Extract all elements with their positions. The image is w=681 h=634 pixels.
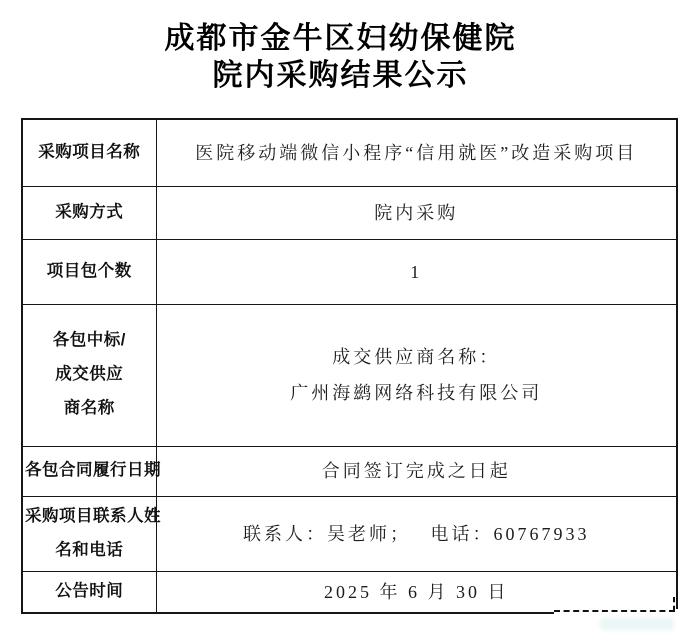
procurement-table-container: 采购项目名称 医院移动端微信小程序“信用就医”改造采购项目 采购方式 院内采购 … <box>21 118 676 612</box>
row-value-cell: 1 <box>156 239 677 304</box>
faint-watermark-artifact <box>600 618 674 630</box>
row-label-cell: 采购项目名称 <box>22 119 156 186</box>
table-row-winning-supplier: 各包中标/成交供应 商名称 成交供应商名称： 广州海鹚网络科技有限公司 <box>22 304 677 446</box>
table-row-contact-info: 采购项目联系人姓 名和电话 联系人：吴老师； 电话：60767933 <box>22 496 677 571</box>
row-value-cell: 联系人：吴老师； 电话：60767933 <box>156 496 677 571</box>
table-row-contract-date: 各包合同履行日期 合同签订完成之日起 <box>22 446 677 496</box>
row-label-cell: 公告时间 <box>22 571 156 613</box>
row-label-cell: 各包合同履行日期 <box>22 446 156 496</box>
row-value-cell: 合同签订完成之日起 <box>156 446 677 496</box>
row-label-cell: 采购项目联系人姓 名和电话 <box>22 496 156 571</box>
row-value-cell: 2025 年 6 月 30 日 <box>156 571 677 613</box>
procurement-announcement-page: { "document": { "title_line1": "成都市金牛区妇幼… <box>0 0 681 634</box>
row-value-cell: 成交供应商名称： 广州海鹚网络科技有限公司 <box>156 304 677 446</box>
page-title-line2: 院内采购结果公示 <box>0 57 681 94</box>
page-title: 成都市金牛区妇幼保健院 院内采购结果公示 <box>0 20 681 94</box>
procurement-table: 采购项目名称 医院移动端微信小程序“信用就医”改造采购项目 采购方式 院内采购 … <box>21 118 678 614</box>
table-row-project-name: 采购项目名称 医院移动端微信小程序“信用就医”改造采购项目 <box>22 119 677 186</box>
dashed-border-corner-tick <box>673 597 675 611</box>
table-row-procurement-method: 采购方式 院内采购 <box>22 186 677 239</box>
table-row-package-count: 项目包个数 1 <box>22 239 677 304</box>
dashed-border-segment <box>554 610 675 612</box>
row-value-cell: 医院移动端微信小程序“信用就医”改造采购项目 <box>156 119 677 186</box>
row-label-cell: 各包中标/成交供应 商名称 <box>22 304 156 446</box>
row-label-cell: 项目包个数 <box>22 239 156 304</box>
table-row-announcement-time: 公告时间 2025 年 6 月 30 日 <box>22 571 677 613</box>
row-value-cell: 院内采购 <box>156 186 677 239</box>
page-title-line1: 成都市金牛区妇幼保健院 <box>0 20 681 57</box>
row-label-cell: 采购方式 <box>22 186 156 239</box>
